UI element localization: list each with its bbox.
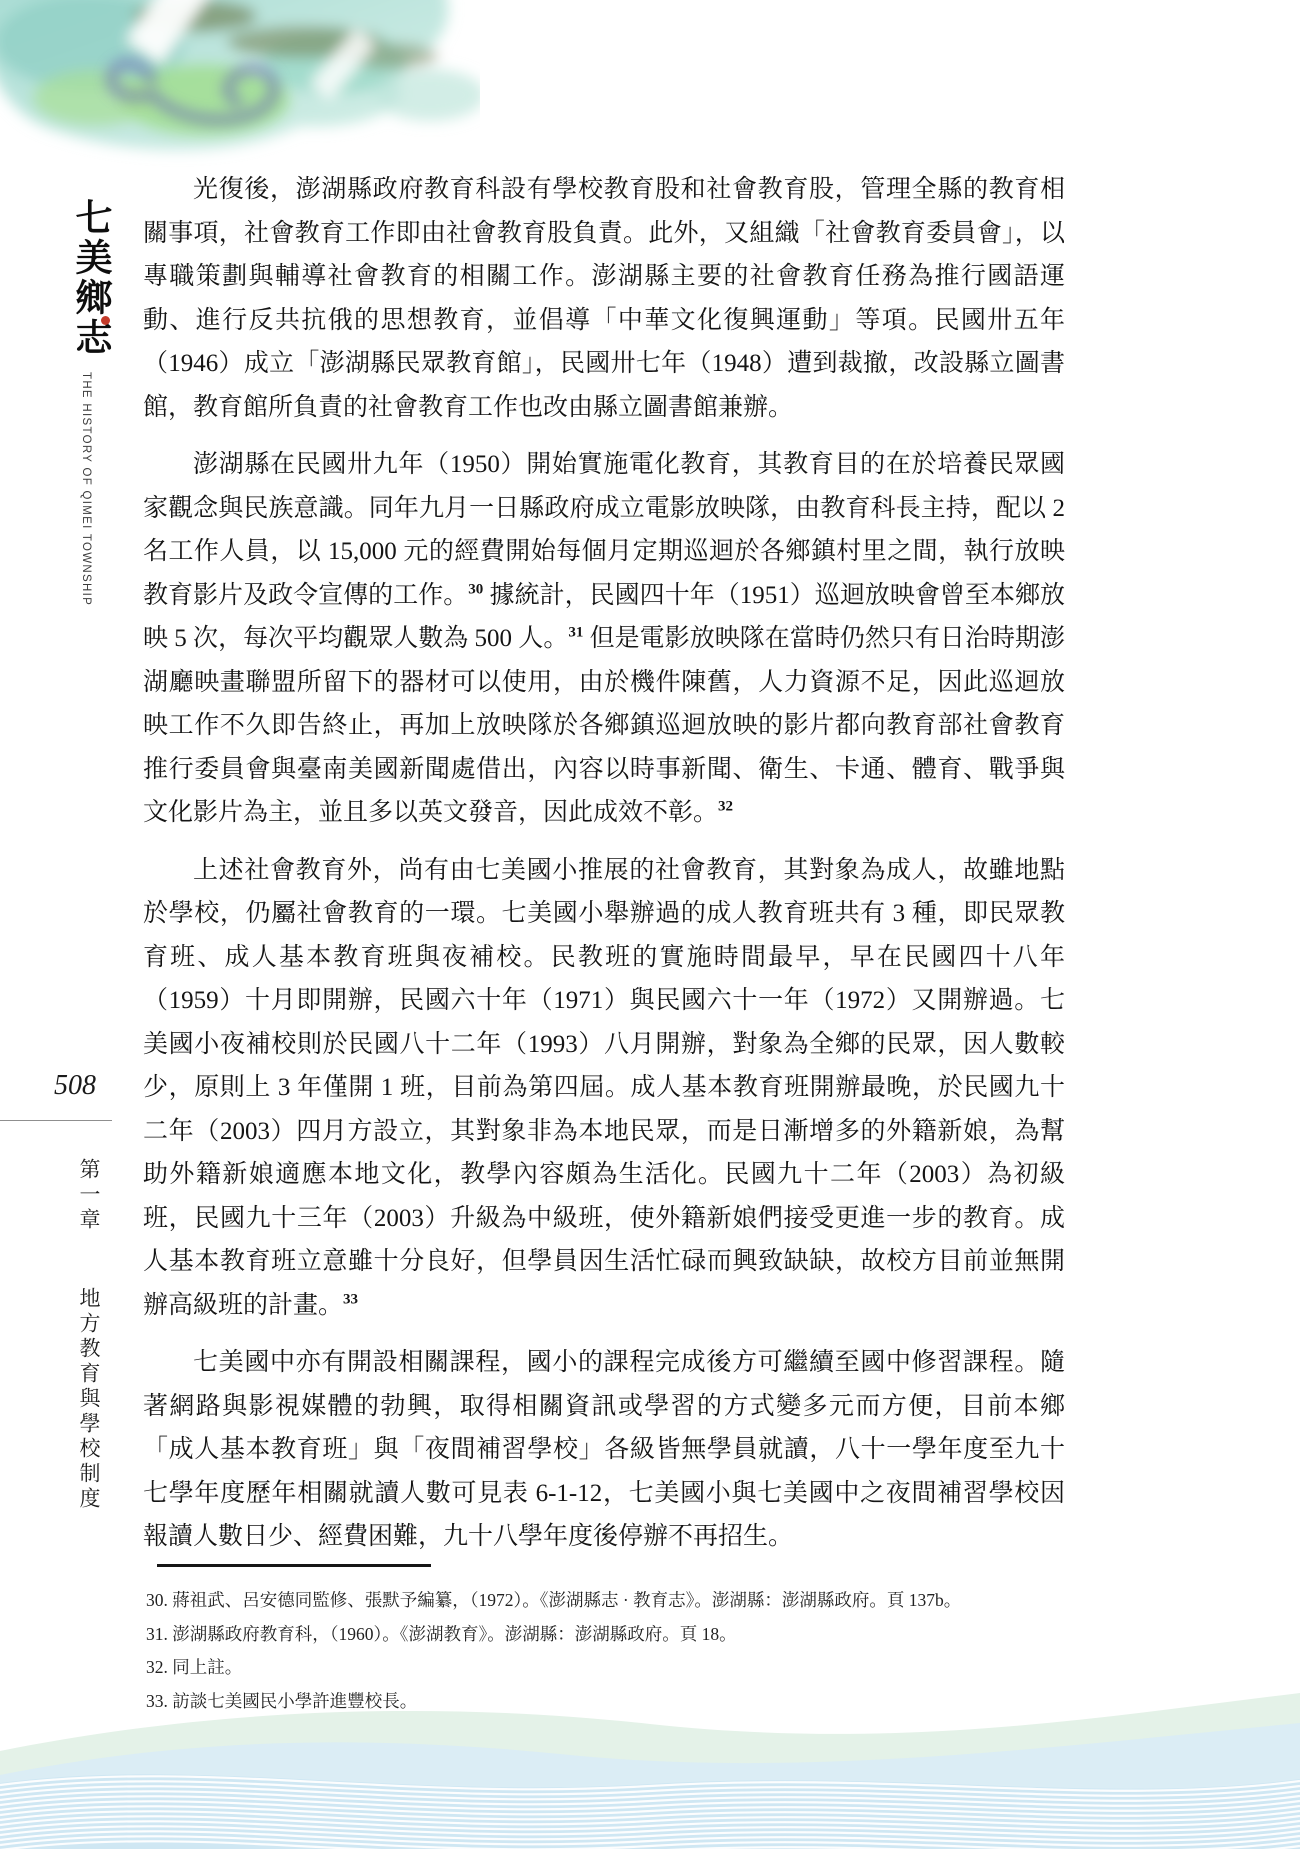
- wave-pattern-svg: [0, 1679, 1300, 1849]
- paragraph-text: 光復後，澎湖縣政府教育科設有學校教育股和社會教育股，管理全縣的教育相關事項，社會…: [143, 176, 1065, 421]
- footnote-separator: [157, 1564, 431, 1567]
- footnote: 30. 蔣祖武、呂安德同監修、張默予編纂，（1972）。《澎湖縣志 · 教育志》…: [146, 1584, 1096, 1618]
- paragraph: 澎湖縣在民國卅九年（1950）開始實施電化教育，其教育目的在於培養民眾國家觀念與…: [143, 443, 1065, 835]
- footnote-ref: 31: [568, 625, 583, 641]
- chapter-heading: 第一章 地方教育與學校制度: [74, 1158, 104, 1512]
- wave-pattern-illustration: [0, 1679, 1300, 1849]
- watercolor-twin-hearts-weir-illustration: [0, 0, 480, 170]
- page-number: 508: [54, 1070, 96, 1102]
- paragraph-text: 上述社會教育外，尚有由七美國小推展的社會教育，其對象為成人，故雖地點於學校，仍屬…: [143, 857, 1065, 1319]
- sidebar-divider: [0, 1120, 112, 1121]
- book-page: 七美鄉志 THE HISTORY OF QIMEI TOWNSHIP 508 第…: [0, 0, 1300, 1849]
- footnote-ref: 33: [343, 1291, 358, 1307]
- paragraph-text: 七美國中亦有開設相關課程，國小的課程完成後方可繼續至國中修習課程。隨著網路與影視…: [143, 1349, 1065, 1550]
- chapter-label: 第一章: [74, 1158, 104, 1233]
- footnote-ref: 30: [468, 581, 483, 597]
- paragraph: 上述社會教育外，尚有由七美國小推展的社會教育，其對象為成人，故雖地點於學校，仍屬…: [143, 849, 1065, 1328]
- paragraph: 光復後，澎湖縣政府教育科設有學校教育股和社會教育股，管理全縣的教育相關事項，社會…: [143, 168, 1065, 429]
- red-seal-dot-icon: [101, 316, 110, 325]
- watercolor-illustration-svg: [0, 0, 480, 170]
- book-title-calligraphy: 七美鄉志: [62, 198, 116, 358]
- footnote: 31. 澎湖縣政府教育科，（1960）。《澎湖教育》。澎湖縣：澎湖縣政府。頁 1…: [146, 1618, 1096, 1652]
- paragraph: 七美國中亦有開設相關課程，國小的課程完成後方可繼續至國中修習課程。隨著網路與影視…: [143, 1341, 1065, 1559]
- body-paragraphs: 光復後，澎湖縣政府教育科設有學校教育股和社會教育股，管理全縣的教育相關事項，社會…: [143, 168, 1065, 1573]
- chapter-title: 地方教育與學校制度: [74, 1287, 104, 1512]
- book-title-english: THE HISTORY OF QIMEI TOWNSHIP: [80, 372, 92, 606]
- paragraph-text: 但是電影放映隊在當時仍然只有日治時期澎湖廳映畫聯盟所留下的器材可以使用，由於機件…: [143, 625, 1065, 826]
- footnote-ref: 32: [718, 799, 733, 815]
